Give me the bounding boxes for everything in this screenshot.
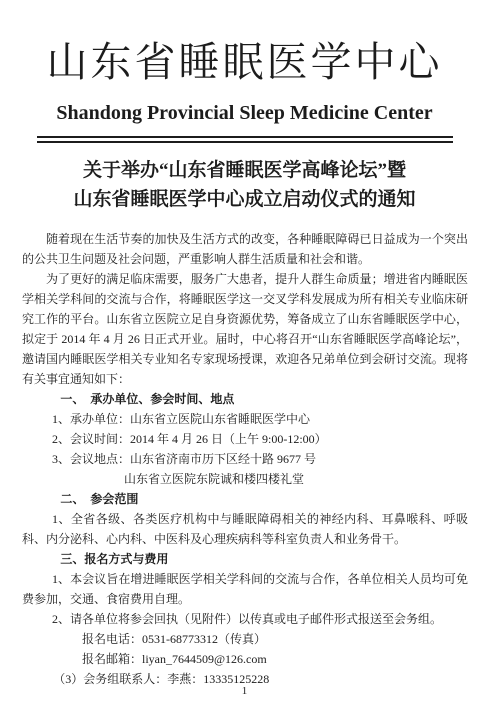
notice-title-line1: 关于举办“山东省睡眠医学高峰论坛”暨 [20, 156, 469, 185]
section-2-title: 二、 参会范围 [22, 489, 468, 509]
section-3-item-1: 1、本会议旨在增进睡眠医学相关学科间的交流与合作，各单位相关人员均可免费参加，交… [22, 569, 468, 609]
notice-title-line2: 山东省睡眠医学中心成立启动仪式的通知 [20, 185, 469, 214]
section-1-item-3: 3、会议地点：山东省济南市历下区经十路 9677 号 [22, 449, 468, 469]
notice-body: 随着现在生活节奏的加快及生活方式的改变，各种睡眠障碍已日益成为一个突出的公共卫生… [22, 229, 468, 689]
letterhead-title-english: Shandong Provincial Sleep Medicine Cente… [0, 100, 489, 126]
registration-email-line: 报名邮箱：liyan_7644509@126.com [22, 649, 468, 669]
letterhead-divider-rule [37, 136, 453, 143]
registration-phone-line: 报名电话：0531-68773312（传真） [22, 629, 468, 649]
intro-paragraph-2: 为了更好的满足临床需要，服务广大患者，提升人群生命质量；增进省内睡眠医学相关学科… [22, 269, 468, 389]
section-2-item-1: 1、全省各级、各类医疗机构中与睡眠障碍相关的神经内科、耳鼻喉科、呼吸科、内分泌科… [22, 509, 468, 549]
letterhead-title-chinese: 山东省睡眠医学中心 [0, 34, 489, 90]
document-page: 山东省睡眠医学中心 Shandong Provincial Sleep Medi… [0, 0, 489, 712]
section-1-item-1: 1、承办单位：山东省立医院山东省睡眠医学中心 [22, 409, 468, 429]
section-1-title: 一、 承办单位、参会时间、地点 [22, 389, 468, 409]
page-number: 1 [0, 684, 489, 698]
notice-title: 关于举办“山东省睡眠医学高峰论坛”暨 山东省睡眠医学中心成立启动仪式的通知 [20, 156, 469, 214]
section-1-item-2: 2、会议时间：2014 年 4 月 26 日（上午 9:00-12:00） [22, 429, 468, 449]
section-3-item-2: 2、请各单位将参会回执（见附件）以传真或电子邮件形式报送至会务组。 [22, 609, 468, 629]
intro-paragraph-1: 随着现在生活节奏的加快及生活方式的改变，各种睡眠障碍已日益成为一个突出的公共卫生… [22, 229, 468, 269]
section-3-title: 三、报名方式与费用 [22, 549, 468, 569]
section-1-item-3-continuation: 山东省立医院东院诚和楼四楼礼堂 [22, 469, 468, 489]
